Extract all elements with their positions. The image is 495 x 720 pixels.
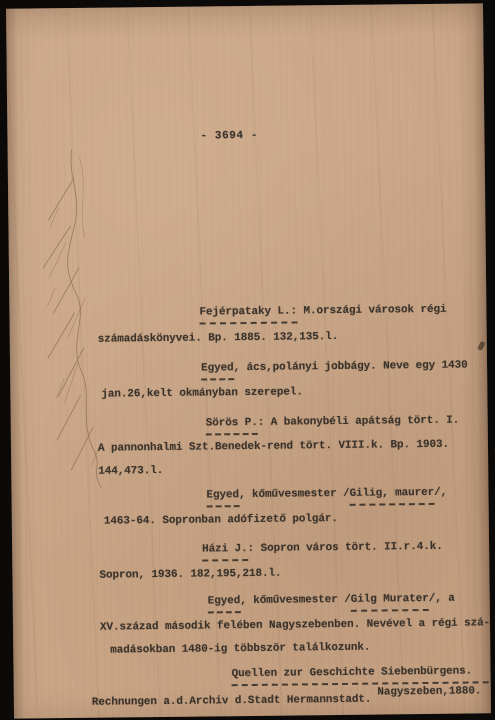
page-reference: 144,473.l. (98, 465, 163, 479)
entry-line: Quellen zur Geschichte Siebenbürgens. (231, 665, 488, 686)
entry-text: , kőművesmester / (239, 488, 350, 501)
document-page: - 3694 - Fejérpataky L.: M.országi város… (6, 3, 491, 718)
publication-line: számadáskönyvei. Bp. 1885. 132,135.l. (98, 331, 339, 347)
paper-crease-marks (18, 147, 152, 488)
alias-name: Gilg Murater (351, 593, 429, 612)
publication-line: madásokban 1480-ig többször találkozunk. (110, 642, 370, 658)
alias-name: Gilig, maurer (349, 487, 434, 506)
publication-line: Sopron, 1936. 182,195,218.l. (99, 568, 281, 583)
page-number: - 3694 - (200, 130, 258, 144)
archive-reference: Rechnungen a.d.Archiv d.Stadt Hermannsta… (92, 694, 372, 709)
author-name: Egyed (201, 362, 234, 380)
entry-line: Házi J.: Sopron város tört. II.r.4.k. (202, 541, 443, 562)
entry-text: : Sopron város tört. II.r.4.k. (248, 541, 443, 555)
entry-text: : A bakonybéli apátság tört. I. (258, 415, 460, 429)
ink-speck (477, 341, 486, 351)
author-name: Házi J. (202, 543, 248, 562)
source-title: Quellen zur Geschichte Siebenbürgens. (231, 665, 488, 686)
publication-line: 1463-64. Sopronban adófizető polgár. (104, 513, 338, 529)
publication-line: jan.26,kelt okmányban szerepel. (101, 386, 303, 401)
author-name: Fejérpataky L.: (199, 305, 297, 324)
author-name: Egyed (206, 489, 239, 507)
entry-line: Egyed, ács,polányi jobbágy. Neve egy 143… (201, 360, 468, 381)
entry-text: , kőművesmester / (240, 594, 351, 607)
publication-line: XV.század második felében Nagyszebenben.… (100, 617, 490, 634)
entry-text: M.országi városok régi (297, 304, 447, 318)
entry-line: Fejérpataky L.: M.országi városok régi (199, 304, 446, 325)
entry-text: /, (434, 487, 447, 499)
scan-background: { "page_number": "- 3694 -", "colors": {… (0, 0, 495, 720)
publication-line: Rechnungen a.d.Archiv d.Stadt Hermannsta… (92, 692, 482, 709)
author-name: Sörös P. (206, 417, 258, 436)
entry-line: Sörös P.: A bakonybéli apátság tört. I. (206, 415, 460, 436)
entry-text: /, a (429, 593, 455, 605)
entry-text: , ács,polányi jobbágy. Neve egy 1430 (234, 360, 468, 375)
entry-line: Egyed, kőművesmester /Gilg Murater/, a (208, 593, 455, 614)
author-name: Egyed (208, 595, 241, 613)
publication-line: A pannonhalmi Szt.Benedek-rend tört. VII… (98, 439, 449, 456)
place-date: Nagyszeben,1880. (377, 685, 481, 699)
entry-line: Egyed, kőművesmester /Gilig, maurer/, (206, 487, 447, 508)
